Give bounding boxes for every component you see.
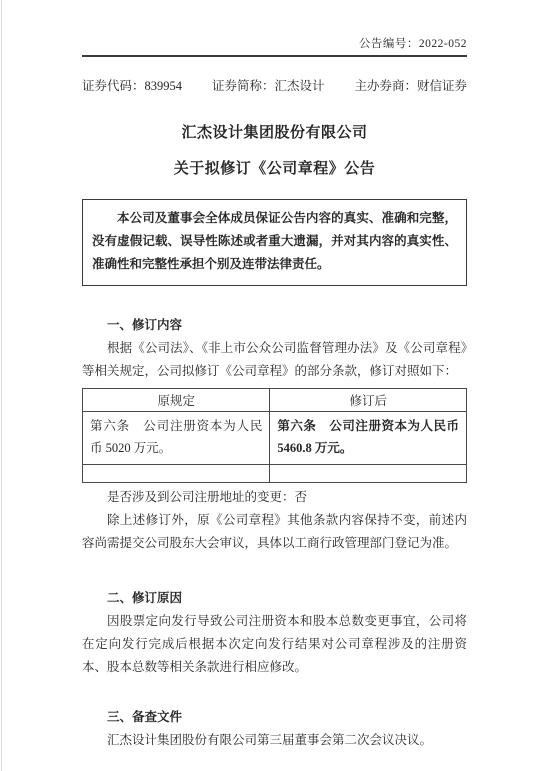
address-change-statement: 是否涉及到公司注册地址的变更：否 xyxy=(82,486,467,509)
section2-body: 因股票定向发行导致公司注册资本和股本总数变更事宜，公司将在定向发行完成后根据本次… xyxy=(82,610,467,679)
table-cell-revised-provision: 第六条 公司注册资本为人民币 5460.8 万元。 xyxy=(270,412,467,465)
security-short-name-label: 证券简称： xyxy=(212,79,275,93)
section1-intro: 根据《公司法》、《非上市公众公司监督管理办法》及《公司章程》等相关规定，公司拟修… xyxy=(82,337,467,383)
company-name-title: 汇杰设计集团股份有限公司 xyxy=(82,121,467,142)
table-header-original: 原规定 xyxy=(83,389,270,412)
sponsor-broker-value: 财信证券 xyxy=(417,79,467,93)
table-row: 第六条 公司注册资本为人民币 5020 万元。 第六条 公司注册资本为人民币 5… xyxy=(83,412,467,465)
disclaimer-box: 本公司及董事会全体成员保证公告内容的真实、准确和完整，没有虚假记载、误导性陈述或… xyxy=(82,199,467,286)
sponsor-broker: 主办券商：财信证券 xyxy=(354,76,467,94)
sponsor-broker-label: 主办券商： xyxy=(354,79,417,93)
section3-body: 汇杰设计集团股份有限公司第三届董事会第二次会议决议。 xyxy=(82,729,467,752)
notice-number: 公告编号：2022-052 xyxy=(359,38,467,50)
table-header-row: 原规定 修订后 xyxy=(83,389,467,412)
security-short-name-value: 汇杰设计 xyxy=(274,79,324,93)
section3-heading: 三、备查文件 xyxy=(82,706,467,729)
disclaimer-text: 本公司及董事会全体成员保证公告内容的真实、准确和完整，没有虚假记载、误导性陈述或… xyxy=(92,211,457,271)
announcement-page: 公告编号：2022-052 证券代码：839954 证券简称：汇杰设计 主办券商… xyxy=(0,0,545,752)
table-cell-empty-right xyxy=(270,465,467,483)
section1-heading: 一、修订内容 xyxy=(82,314,467,337)
security-code-value: 839954 xyxy=(145,79,183,93)
announcement-title: 关于拟修订《公司章程》公告 xyxy=(82,157,467,178)
table-header-revised: 修订后 xyxy=(270,389,467,412)
section2-heading: 二、修订原因 xyxy=(82,587,467,610)
security-short-name: 证券简称：汇杰设计 xyxy=(212,76,325,94)
table-cell-original-provision: 第六条 公司注册资本为人民币 5020 万元。 xyxy=(83,412,270,465)
securities-info-row: 证券代码：839954 证券简称：汇杰设计 主办券商：财信证券 xyxy=(82,76,467,94)
table-row-empty xyxy=(83,465,467,483)
revision-comparison-table: 原规定 修订后 第六条 公司注册资本为人民币 5020 万元。 第六条 公司注册… xyxy=(82,388,467,483)
security-code-label: 证券代码： xyxy=(82,79,145,93)
section1-note: 除上述修订外，原《公司章程》其他条款内容保持不变，前述内容尚需提交公司股东大会审… xyxy=(82,509,467,555)
table-cell-empty-left xyxy=(83,465,270,483)
notice-number-row: 公告编号：2022-052 xyxy=(82,35,467,57)
security-code: 证券代码：839954 xyxy=(82,76,182,94)
